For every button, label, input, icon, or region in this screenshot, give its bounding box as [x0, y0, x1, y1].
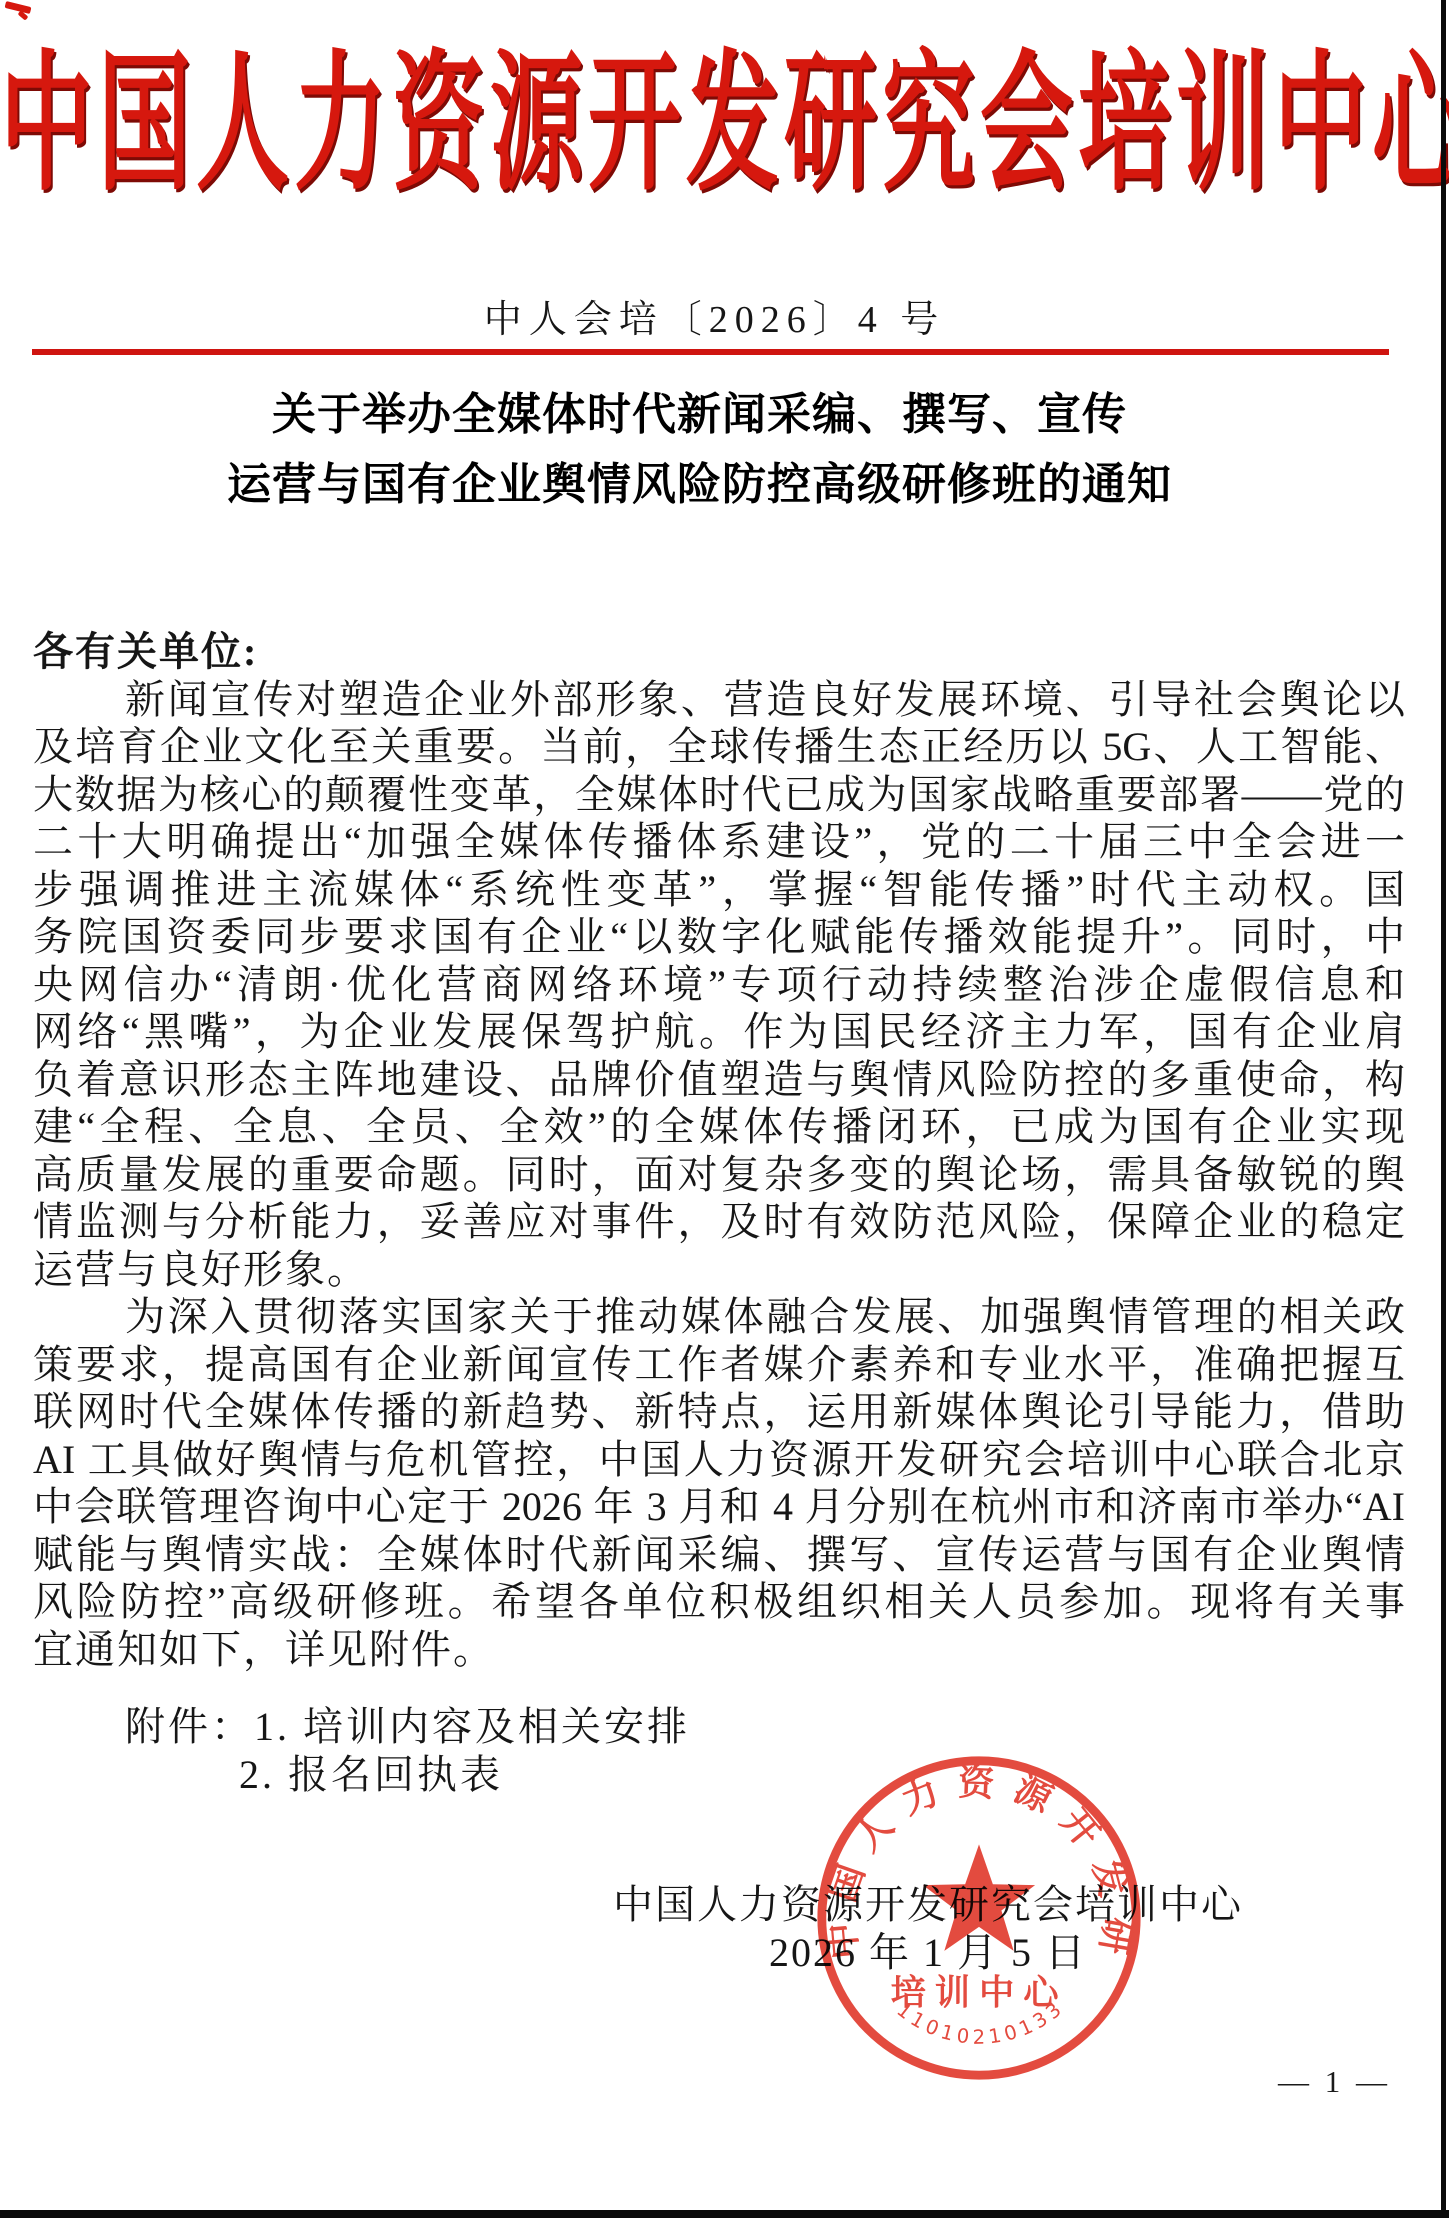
body-line: 负着意识形态主阵地建设、品牌价值塑造与舆情风险防控的多重使命，构: [33, 1056, 1405, 1104]
body-line: AI 工具做好舆情与危机管控，中国人力资源开发研究会培训中心联合北京: [33, 1436, 1405, 1484]
body-line: 为深入贯彻落实国家关于推动媒体融合发展、加强舆情管理的相关政: [33, 1293, 1405, 1341]
document-number: 中人会培〔2026〕4 号: [0, 288, 1449, 343]
body-line: 策要求，提高国有企业新闻宣传工作者媒介素养和专业水平，准确把握互: [33, 1341, 1405, 1389]
body-line: 大数据为核心的颠覆性变革，全媒体时代已成为国家战略重要部署——党的: [33, 771, 1405, 819]
salutation: 各有关单位:: [33, 628, 1405, 676]
attachment-item-1: 1. 培训内容及相关安排: [254, 1704, 690, 1749]
body-line: 中会联管理咨询中心定于 2026 年 3 月和 4 月分别在杭州市和济南市举办“…: [33, 1483, 1405, 1531]
notice-title: 关于举办全媒体时代新闻采编、撰写、宣传 运营与国有企业舆情风险防控高级研修班的通…: [0, 380, 1449, 520]
body-line: 网络“黑嘴”，为企业发展保驾护航。作为国民经济主力军，国有企业肩: [33, 1008, 1405, 1056]
attachments-block: 附件：1. 培训内容及相关安排 2. 报名回执表: [125, 1703, 690, 1798]
signature-block: 中国人力资源开发研究会培训中心 2026 年 1 月 5 日: [568, 1881, 1288, 1976]
page-number: — 1 —: [1278, 2064, 1391, 2100]
body-line: 二十大明确提出“加强全媒体传播体系建设”，党的二十届三中全会进一: [33, 818, 1405, 866]
document-page: 中国人力资源开发研究会培训中心 中人会培〔2026〕4 号 关于举办全媒体时代新…: [0, 0, 1449, 2218]
body-line: 赋能与舆情实战：全媒体时代新闻采编、撰写、宣传运营与国有企业舆情: [33, 1531, 1405, 1579]
attachments-label: 附件：: [125, 1704, 254, 1749]
body-line: 宜通知如下，详见附件。: [33, 1626, 1405, 1674]
body-line: 运营与良好形象。: [33, 1246, 1405, 1294]
attachment-item-2: 2. 报名回执表: [125, 1751, 690, 1799]
attachment-item: 附件：1. 培训内容及相关安排: [125, 1703, 690, 1751]
signature-org: 中国人力资源开发研究会培训中心: [568, 1881, 1288, 1929]
red-divider-line: [32, 349, 1389, 355]
notice-title-line2: 运营与国有企业舆情风险防控高级研修班的通知: [0, 450, 1399, 520]
body-line: 新闻宣传对塑造企业外部形象、营造良好发展环境、引导社会舆论以: [33, 676, 1405, 724]
stamp-center-text: 培训中心: [891, 1972, 1068, 2012]
body-line: 风险防控”高级研修班。希望各单位积极组织相关人员参加。现将有关事: [33, 1578, 1405, 1626]
body-line: 央网信办“清朗·优化营商网络环境”专项行动持续整治涉企虚假信息和: [33, 961, 1405, 1009]
notice-title-line1: 关于举办全媒体时代新闻采编、撰写、宣传: [0, 380, 1399, 450]
body-line: 步强调推进主流媒体“系统性变革”，掌握“智能传播”时代主动权。国: [33, 866, 1405, 914]
letterhead-org-title: 中国人力资源开发研究会培训中心: [0, 46, 1449, 208]
page-border-bottom: [0, 2210, 1449, 2218]
body-line: 务院国资委同步要求国有企业“以数字化赋能传播效能提升”。同时，中: [33, 913, 1405, 961]
body-line: 及培育企业文化至关重要。当前，全球传播生态正经历以 5G、人工智能、: [33, 723, 1405, 771]
body-line: 情监测与分析能力，妥善应对事件，及时有效防范风险，保障企业的稳定: [33, 1198, 1405, 1246]
page-border-right: [1441, 0, 1446, 2218]
body-line: 联网时代全媒体传播的新趋势、新特点，运用新媒体舆论引导能力，借助: [33, 1388, 1405, 1436]
body-line: 高质量发展的重要命题。同时，面对复杂多变的舆论场，需具备敏锐的舆: [33, 1151, 1405, 1199]
body-line: 建“全程、全息、全员、全效”的全媒体传播闭环，已成为国有企业实现: [33, 1103, 1405, 1151]
signature-date: 2026 年 1 月 5 日: [568, 1929, 1288, 1977]
body-text: 各有关单位: 新闻宣传对塑造企业外部形象、营造良好发展环境、引导社会舆论以及培育…: [33, 628, 1405, 1673]
